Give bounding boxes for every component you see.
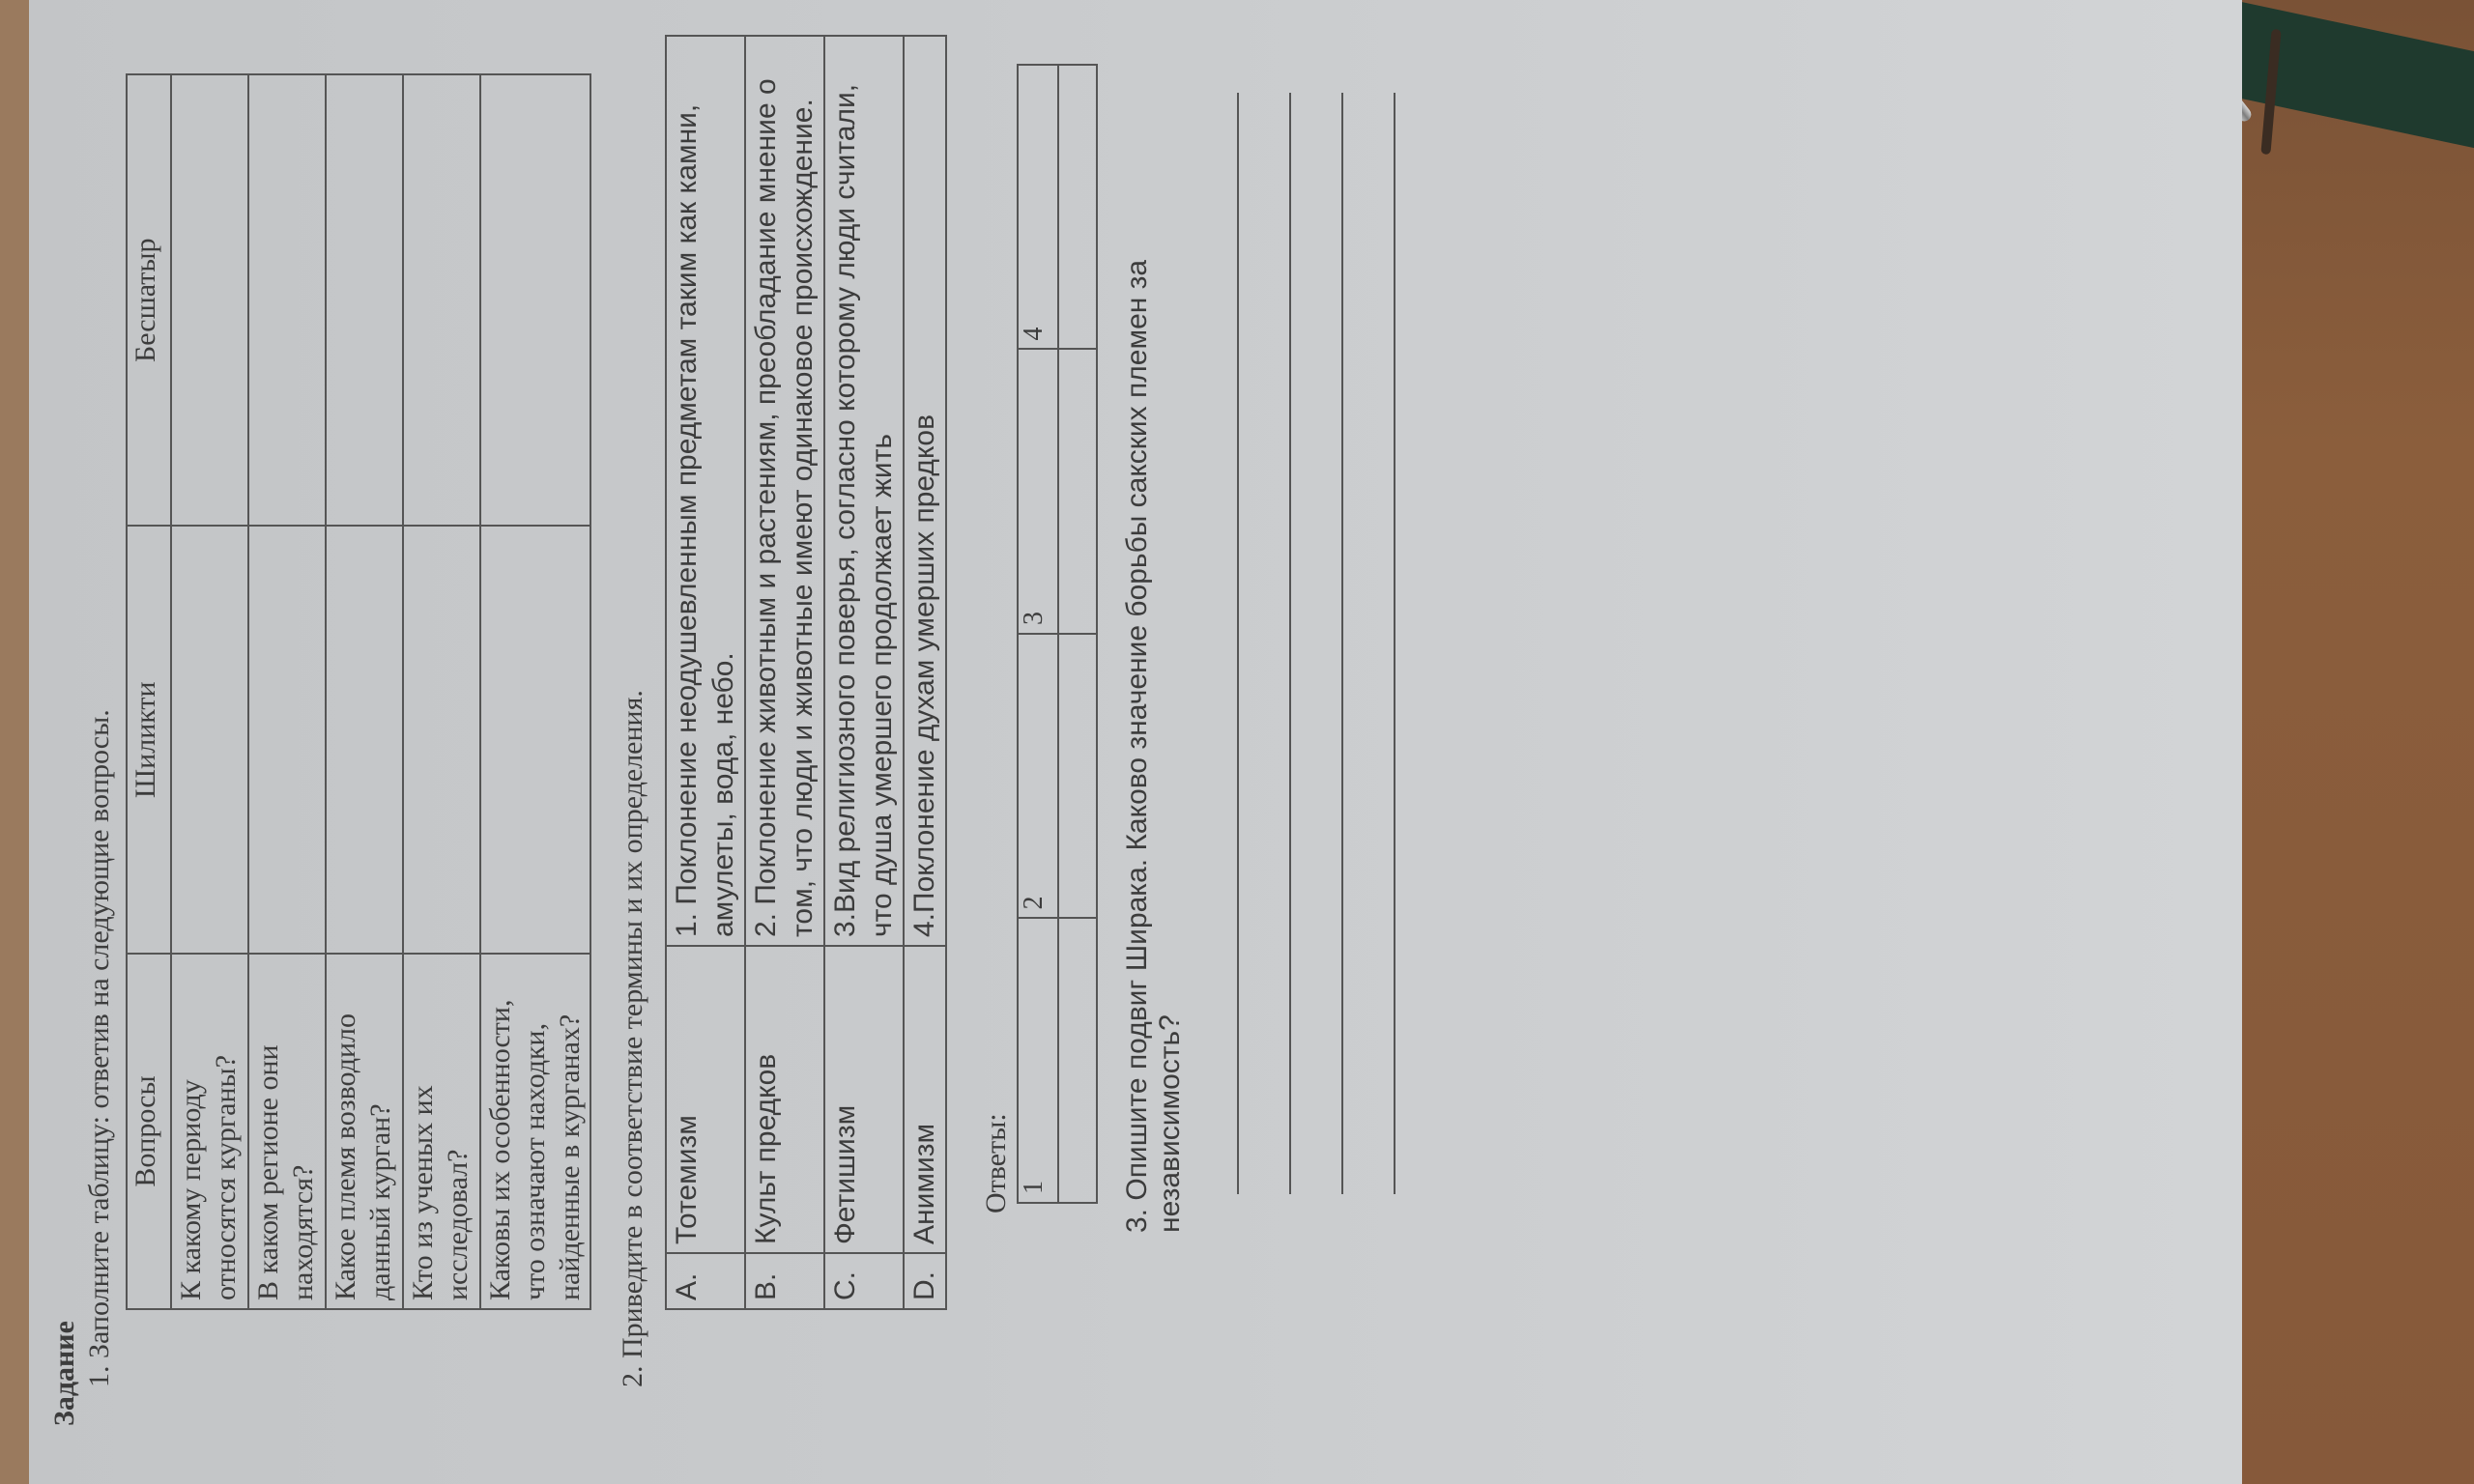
answer-slot-label: 1 [1018, 919, 1058, 1204]
task1-table: Вопросы Шиликти Бесшатыр К какому период… [126, 73, 591, 1310]
answer-slot-field[interactable] [1058, 65, 1097, 350]
term-name: Тотемизм [666, 946, 745, 1253]
shilikti-answer-cell[interactable] [326, 526, 403, 954]
answer-slot-field[interactable] [1058, 634, 1097, 919]
answer-slot-field[interactable] [1058, 919, 1097, 1204]
shilikti-answer-cell[interactable] [171, 526, 248, 954]
definition-cell: 2. Поклонение животным и растениям, прео… [745, 36, 824, 946]
besshatyr-answer-cell[interactable] [248, 74, 326, 526]
question-cell: Какое племя возводило данный курган? [326, 954, 403, 1309]
answer-line[interactable] [1394, 93, 1395, 1194]
term-letter: D. [904, 1253, 946, 1309]
definition-cell: 1. Поклонение неодушевленным предметам т… [666, 36, 745, 946]
matching-row: B.Культ предков2. Поклонение животным и … [745, 36, 824, 1309]
shilikti-answer-cell[interactable] [480, 526, 590, 954]
shilikti-answer-cell[interactable] [403, 526, 480, 954]
matching-row: A.Тотемизм1. Поклонение неодушевленным п… [666, 36, 745, 1309]
matching-row: C.Фетишизм3.Вид религиозного поверья, со… [824, 36, 904, 1309]
answer-slot-field[interactable] [1058, 350, 1097, 635]
besshatyr-answer-cell[interactable] [480, 74, 590, 526]
worksheet-heading: Задание [48, 73, 81, 1426]
task3-answer-lines [1237, 73, 1395, 1426]
definition-cell: 4.Поклонение духам умерших предков [904, 36, 946, 946]
question-cell: Кто из ученых их исследовал? [403, 954, 480, 1309]
answer-line[interactable] [1341, 93, 1343, 1194]
answers-label: Ответы: [980, 73, 1013, 1213]
col-questions: Вопросы [127, 954, 171, 1309]
task1-row: Какое племя возводило данный курган? [326, 74, 403, 1309]
term-letter: A. [666, 1253, 745, 1309]
term-name: Фетишизм [824, 946, 904, 1253]
task2-prompt: 2. Приведите в соответствие термины и их… [617, 73, 649, 1387]
col-besshatyr: Бесшатыр [127, 74, 171, 526]
worksheet-content: Задание 1. Заполните таблицу: ответив на… [48, 73, 1395, 1426]
question-cell: К какому периоду относятся курганы? [171, 954, 248, 1309]
task1-header-row: Вопросы Шиликти Бесшатыр [127, 74, 171, 1309]
task1-row: Каковы их особенности, что означают нахо… [480, 74, 590, 1309]
answers-table: 1234 [1017, 64, 1098, 1204]
answers-label-row: 1234 [1018, 65, 1058, 1203]
answer-line[interactable] [1289, 93, 1291, 1194]
task1-row: В каком регионе они находятся? [248, 74, 326, 1309]
answer-slot-label: 4 [1018, 65, 1058, 350]
task1-row: Кто из ученых их исследовал? [403, 74, 480, 1309]
matching-row: D.Анимизм4.Поклонение духам умерших пред… [904, 36, 946, 1309]
term-name: Культ предков [745, 946, 824, 1253]
definition-cell: 3.Вид религиозного поверья, согласно кот… [824, 36, 904, 946]
desk-surface [2223, 0, 2474, 1484]
task1-row: К какому периоду относятся курганы? [171, 74, 248, 1309]
task2-matching-table: A.Тотемизм1. Поклонение неодушевленным п… [665, 35, 947, 1310]
answer-slot-label: 2 [1018, 634, 1058, 919]
answer-line[interactable] [1237, 93, 1239, 1194]
worksheet-page: Задание 1. Заполните таблицу: ответив на… [29, 0, 2242, 1484]
col-shilikti: Шиликти [127, 526, 171, 954]
question-cell: В каком регионе они находятся? [248, 954, 326, 1309]
shilikti-answer-cell[interactable] [248, 526, 326, 954]
paper-background: Задание 1. Заполните таблицу: ответив на… [29, 0, 2242, 1484]
term-letter: B. [745, 1253, 824, 1309]
question-cell: Каковы их особенности, что означают нахо… [480, 954, 590, 1309]
besshatyr-answer-cell[interactable] [326, 74, 403, 526]
term-name: Анимизм [904, 946, 946, 1253]
term-letter: C. [824, 1253, 904, 1309]
besshatyr-answer-cell[interactable] [403, 74, 480, 526]
answers-value-row [1058, 65, 1097, 1203]
besshatyr-answer-cell[interactable] [171, 74, 248, 526]
task1-prompt: 1. Заполните таблицу: ответив на следующ… [83, 73, 116, 1387]
task3-prompt: 3. Опишите подвиг Ширака. Каково значени… [1121, 73, 1187, 1233]
answer-slot-label: 3 [1018, 350, 1058, 635]
